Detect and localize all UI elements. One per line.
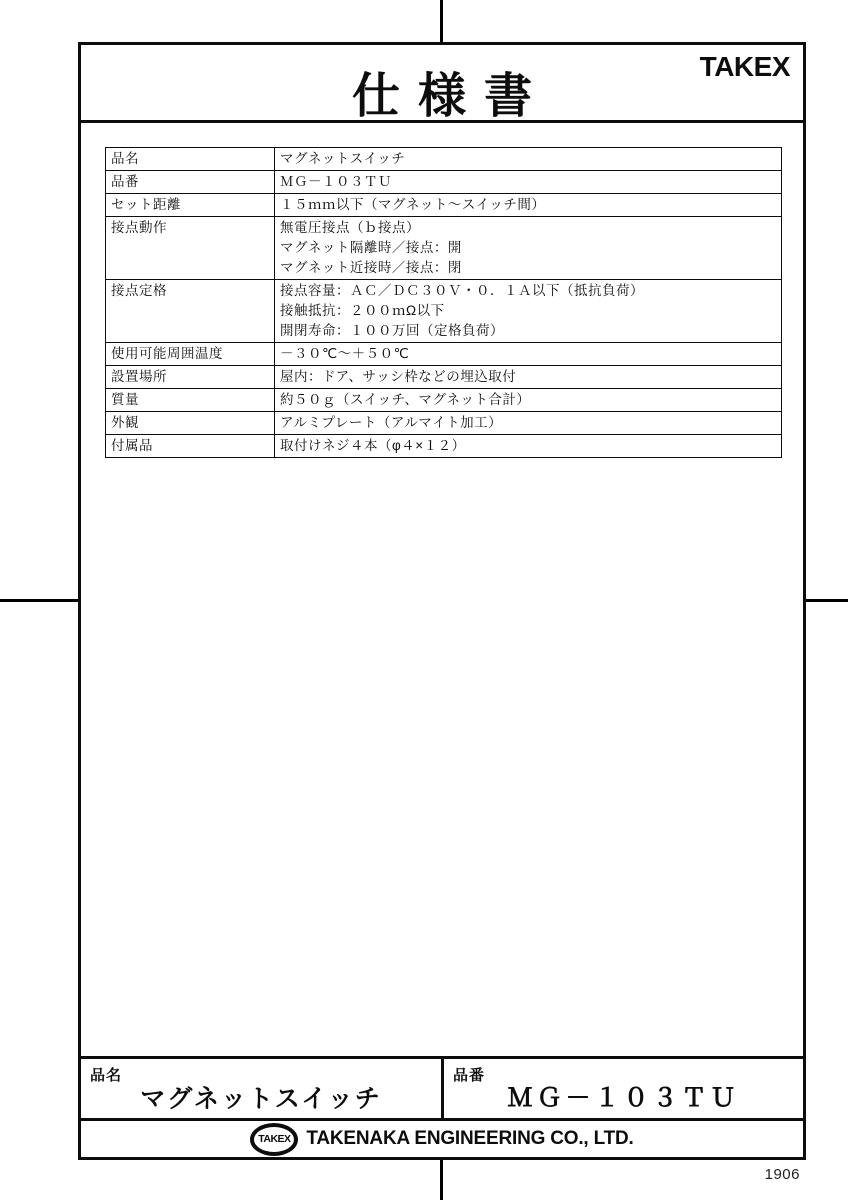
name-label: 品名: [90, 1064, 122, 1085]
product-number: ＭＧ－１０３ＴＵ: [444, 1078, 803, 1114]
takex-logo-text: TAKEX: [700, 51, 790, 83]
value-line: －３０℃～＋５０℃: [280, 344, 775, 364]
row-value: アルミプレート（アルマイト加工）: [275, 412, 782, 435]
row-label: 接点動作: [106, 217, 275, 280]
value-line: マグネットスイッチ: [280, 149, 775, 169]
product-name: マグネットスイッチ: [81, 1079, 441, 1115]
header: 仕様書 TAKEX: [81, 45, 803, 123]
row-value: 取付けネジ４本（φ４×１２）: [275, 435, 782, 458]
row-label: 使用可能周囲温度: [106, 343, 275, 366]
row-label: 質量: [106, 389, 275, 412]
table-row: 設置場所 屋内：ドア、サッシ枠などの埋込取付: [106, 366, 782, 389]
value-line: ＭＧ－１０３ＴＵ: [280, 172, 775, 192]
row-value: 無電圧接点（ｂ接点） マグネット隔離時／接点：開 マグネット近接時／接点：閉: [275, 217, 782, 280]
value-line: 屋内：ドア、サッシ枠などの埋込取付: [280, 367, 775, 387]
value-line: マグネット隔離時／接点：開: [280, 238, 775, 258]
value-line: 約５０ｇ（スイッチ、マグネット合計）: [280, 390, 775, 410]
id-box: 品名 マグネットスイッチ 品番 ＭＧ－１０３ＴＵ: [81, 1056, 803, 1118]
spec-table: 品名 マグネットスイッチ 品番 ＭＧ－１０３ＴＵ セット距離 １５ｍｍ以下（マグ…: [105, 147, 782, 458]
row-value: ＭＧ－１０３ＴＵ: [275, 171, 782, 194]
value-line: 無電圧接点（ｂ接点）: [280, 218, 775, 238]
content-area: 品名 マグネットスイッチ 品番 ＭＧ－１０３ＴＵ セット距離 １５ｍｍ以下（マグ…: [81, 123, 803, 1056]
crop-mark-top: [440, 0, 443, 44]
table-row: 外観 アルミプレート（アルマイト加工）: [106, 412, 782, 435]
crop-mark-bottom: [440, 1158, 443, 1200]
row-label: 設置場所: [106, 366, 275, 389]
row-label: 品名: [106, 148, 275, 171]
row-label: 品番: [106, 171, 275, 194]
takex-badge-text: TAKEX: [258, 1133, 290, 1145]
row-value: 屋内：ドア、サッシ枠などの埋込取付: [275, 366, 782, 389]
table-row: 品名 マグネットスイッチ: [106, 148, 782, 171]
table-row: セット距離 １５ｍｍ以下（マグネット～スイッチ間）: [106, 194, 782, 217]
row-value: 接点容量：ＡＣ／ＤＣ３０Ｖ・０．１Ａ以下（抵抗負荷） 接触抵抗：２００ｍΩ以下 …: [275, 280, 782, 343]
value-line: 接点容量：ＡＣ／ＤＣ３０Ｖ・０．１Ａ以下（抵抗負荷）: [280, 281, 775, 301]
value-line: １５ｍｍ以下（マグネット～スイッチ間）: [280, 195, 775, 215]
row-label: 付属品: [106, 435, 275, 458]
table-row: 使用可能周囲温度 －３０℃～＋５０℃: [106, 343, 782, 366]
table-row: 質量 約５０ｇ（スイッチ、マグネット合計）: [106, 389, 782, 412]
value-line: アルミプレート（アルマイト加工）: [280, 413, 775, 433]
id-box-name-cell: 品名 マグネットスイッチ: [81, 1059, 444, 1118]
value-line: 開閉寿命：１００万回（定格負荷）: [280, 321, 775, 341]
table-row: 接点定格 接点容量：ＡＣ／ＤＣ３０Ｖ・０．１Ａ以下（抵抗負荷） 接触抵抗：２００…: [106, 280, 782, 343]
id-box-number-cell: 品番 ＭＧ－１０３ＴＵ: [444, 1059, 803, 1118]
document-number: 1906: [765, 1166, 800, 1183]
number-label: 品番: [453, 1064, 485, 1085]
company-name: TAKENAKA ENGINEERING CO., LTD.: [306, 1128, 633, 1150]
row-value: －３０℃～＋５０℃: [275, 343, 782, 366]
crop-mark-left: [0, 599, 80, 602]
row-value: 約５０ｇ（スイッチ、マグネット合計）: [275, 389, 782, 412]
row-value: マグネットスイッチ: [275, 148, 782, 171]
row-label: 外観: [106, 412, 275, 435]
table-row: 付属品 取付けネジ４本（φ４×１２）: [106, 435, 782, 458]
value-line: 取付けネジ４本（φ４×１２）: [280, 436, 775, 456]
table-row: 接点動作 無電圧接点（ｂ接点） マグネット隔離時／接点：開 マグネット近接時／接…: [106, 217, 782, 280]
row-label: 接点定格: [106, 280, 275, 343]
company-bar: TAKEX TAKENAKA ENGINEERING CO., LTD.: [81, 1118, 803, 1157]
table-row: 品番 ＭＧ－１０３ＴＵ: [106, 171, 782, 194]
takex-badge-icon: TAKEX: [250, 1123, 298, 1156]
value-line: マグネット近接時／接点：閉: [280, 258, 775, 278]
crop-mark-right: [804, 599, 848, 602]
value-line: 接触抵抗：２００ｍΩ以下: [280, 301, 775, 321]
spec-sheet-page: 仕様書 TAKEX 品名 マグネットスイッチ 品番 ＭＧ－１０３ＴＵ: [78, 42, 806, 1160]
row-value: １５ｍｍ以下（マグネット～スイッチ間）: [275, 194, 782, 217]
page-title: 仕様書: [81, 45, 803, 126]
row-label: セット距離: [106, 194, 275, 217]
